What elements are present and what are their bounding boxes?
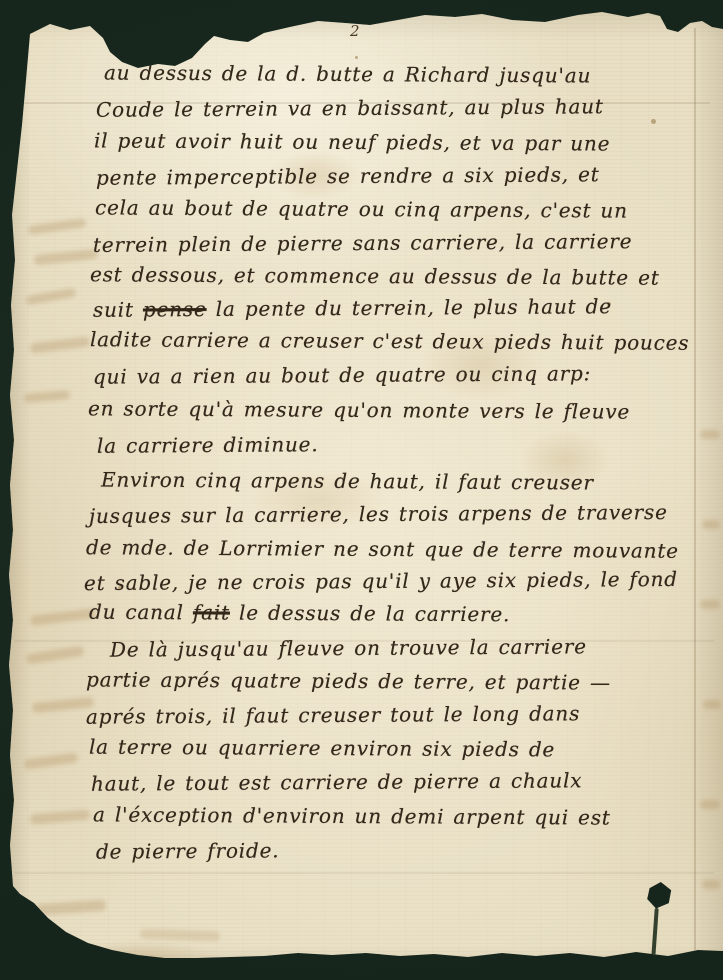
manuscript-line: au dessus de la d. butte a Richard jusqu… <box>104 61 591 88</box>
handwriting-layer: 2 au dessus de la d. butte a Richard jus… <box>0 0 723 980</box>
page-number: 2 <box>350 22 360 40</box>
manuscript-line: il peut avoir huit ou neuf pieds, et va … <box>94 128 610 155</box>
manuscript-scan: { "document": { "type": "handwritten man… <box>0 0 723 980</box>
struck-word: fait <box>193 600 230 624</box>
manuscript-line: la terre ou quarriere environ six pieds … <box>89 735 555 762</box>
manuscript-line: jusques sur la carriere, les trois arpen… <box>89 500 668 528</box>
manuscript-line: aprés trois, il faut creuser tout le lon… <box>86 701 580 728</box>
manuscript-line: cela au bout de quatre ou cinq arpens, c… <box>95 195 628 222</box>
line-text: du canal <box>89 600 193 625</box>
manuscript-line: la carriere diminue. <box>97 432 319 458</box>
manuscript-line: en sorte qu'à mesure qu'on monte vers le… <box>88 396 630 423</box>
manuscript-line: du canal fait le dessus de la carriere. <box>89 600 510 627</box>
line-text: le dessus de la carriere. <box>230 601 510 627</box>
manuscript-line: Environ cinq arpens de haut, il faut cre… <box>101 467 594 494</box>
manuscript-line: de mde. de Lorrimier ne sont que de terr… <box>86 535 679 563</box>
manuscript-line: haut, le tout est carriere de pierre a c… <box>91 768 582 795</box>
manuscript-line: Coude le terrein va en baissant, au plus… <box>96 94 604 122</box>
manuscript-line: a l'éxception d'environ un demi arpent q… <box>93 802 611 829</box>
manuscript-line: De là jusqu'au fleuve on trouve la carri… <box>110 634 587 661</box>
manuscript-line: terrein plein de pierre sans carriere, l… <box>93 229 632 257</box>
manuscript-line: et sable, je ne crois pas qu'il y aye si… <box>84 567 678 595</box>
manuscript-line: ladite carriere a creuser c'est deux pie… <box>90 327 689 355</box>
struck-word: pense <box>143 297 207 321</box>
line-text: la pente du terrein, le plus haut de <box>206 294 611 321</box>
line-text: suit <box>93 297 143 321</box>
manuscript-line: suit pense la pente du terrein, le plus … <box>93 294 612 322</box>
manuscript-line: pente imperceptible se rendre a six pied… <box>96 162 600 190</box>
manuscript-line: qui va a rien au bout de quatre ou cinq … <box>93 361 591 388</box>
paper-sheet: 2 au dessus de la d. butte a Richard jus… <box>0 0 723 980</box>
manuscript-line: de pierre froide. <box>96 838 280 863</box>
manuscript-line: partie aprés quatre pieds de terre, et p… <box>86 667 611 694</box>
manuscript-line: est dessous, et commence au dessus de la… <box>90 262 660 289</box>
